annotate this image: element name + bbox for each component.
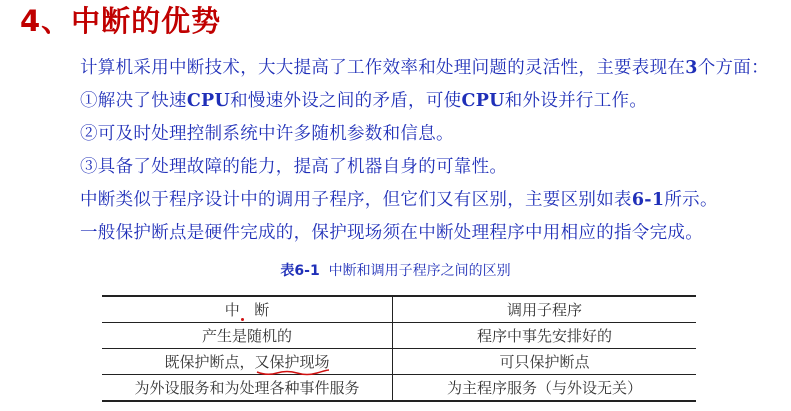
header-interrupt: 中 断	[102, 296, 393, 323]
table-caption: 表6-1 中断和调用子程序之间的区别	[0, 262, 791, 280]
paragraph-intro: 计算机采用中断技术，大大提高了工作效率和处理问题的灵活性，主要表现在3个方面：	[80, 56, 769, 80]
paragraph-comparison: 中断类似于程序设计中的调用子程序，但它们又有区别，主要区别如表6-1所示。	[80, 188, 718, 212]
underlined-text: 又保护现场	[255, 351, 330, 372]
red-mark-icon	[241, 318, 244, 321]
red-squiggle-underline-icon	[255, 368, 335, 376]
cell-subroutine: 为主程序服务（与外设无关）	[393, 375, 697, 402]
table-row: 为外设服务和为处理各种事件服务 为主程序服务（与外设无关）	[102, 375, 696, 402]
page-title: 4、中断的优势	[20, 2, 221, 40]
comparison-table: 中 断 调用子程序 产生是随机的 程序中事先安排好的 既保护断点，又保护现场 可…	[102, 295, 696, 402]
cell-subroutine: 程序中事先安排好的	[393, 323, 697, 349]
paragraph-point-3: ③具备了处理故障的能力，提高了机器自身的可靠性。	[80, 155, 507, 179]
paragraph-point-2: ②可及时处理控制系统中许多随机参数和信息。	[80, 122, 454, 146]
table-row: 既保护断点，又保护现场 可只保护断点	[102, 349, 696, 375]
cell-subroutine: 可只保护断点	[393, 349, 697, 375]
header-subroutine: 调用子程序	[393, 296, 697, 323]
paragraph-protection: 一般保护断点是硬件完成的，保护现场须在中断处理程序中用相应的指令完成。	[80, 221, 703, 245]
cell-interrupt: 既保护断点，又保护现场	[102, 349, 393, 375]
table-header-row: 中 断 调用子程序	[102, 296, 696, 323]
cell-interrupt: 为外设服务和为处理各种事件服务	[102, 375, 393, 402]
cell-interrupt: 产生是随机的	[102, 323, 393, 349]
paragraph-point-1: ①解决了快速CPU和慢速外设之间的矛盾，可使CPU和外设并行工作。	[80, 89, 647, 113]
table-row: 产生是随机的 程序中事先安排好的	[102, 323, 696, 349]
